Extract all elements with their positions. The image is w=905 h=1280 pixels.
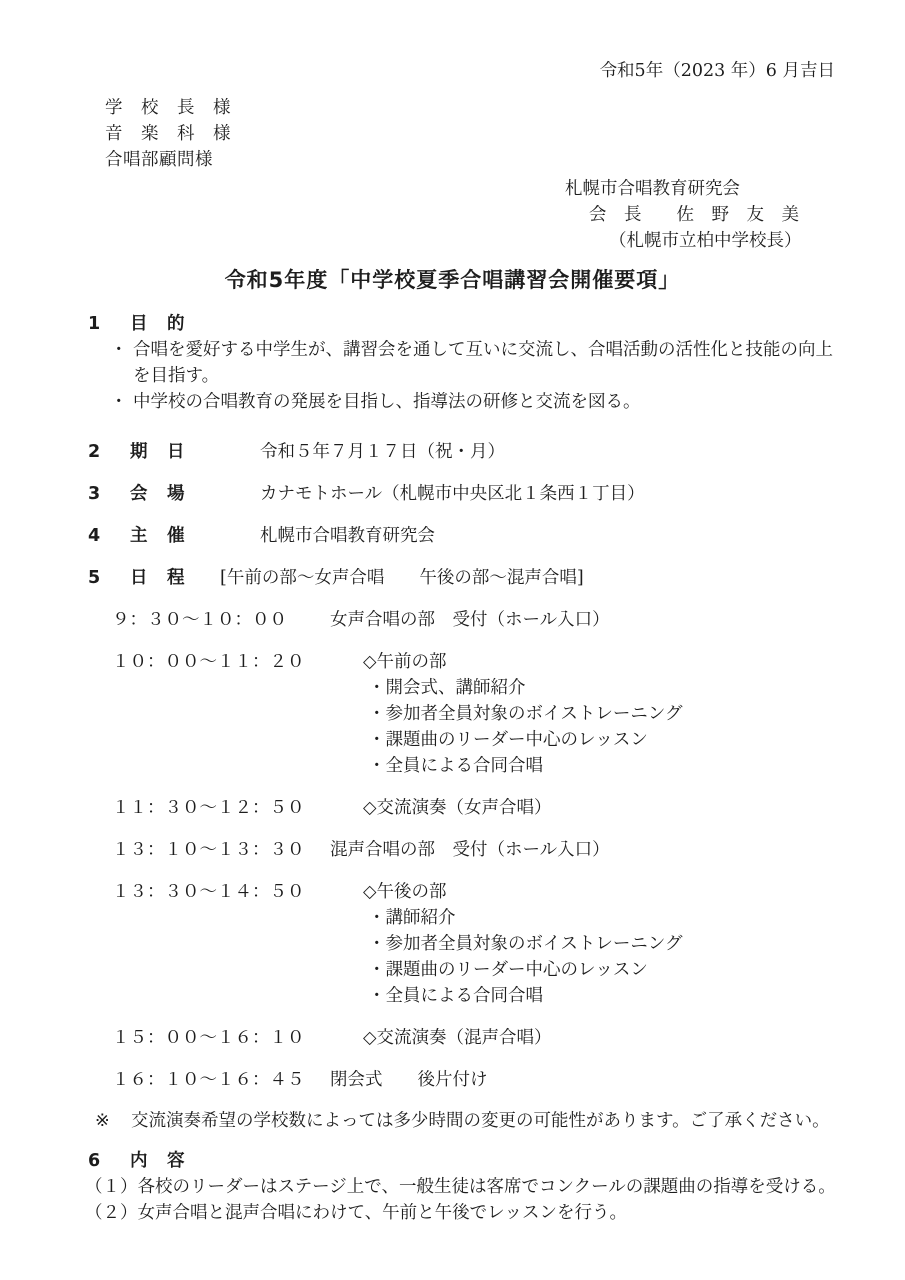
schedule-desc: 閉会式 後片付け	[330, 1067, 905, 1093]
section-contents: 6 内 容	[88, 1148, 905, 1174]
date-line: 令和5年（2023 年）6 月吉日	[0, 58, 905, 84]
schedule-detail: ・全員による合同合唱	[368, 983, 905, 1009]
schedule-desc: ◇午前の部	[363, 649, 905, 675]
section-heading: 期 日	[130, 439, 260, 465]
schedule-row: １１：３０～１２：５０ ◇交流演奏（女声合唱）	[112, 795, 905, 821]
list-item: ・ 中学校の合唱教育の発展を目指し、指導法の研修と交流を図る。	[110, 389, 833, 415]
section-venue: 3 会 場 カナモトホール（札幌市中央区北１条西１丁目）	[88, 481, 905, 507]
section-number: 1	[88, 311, 130, 337]
section-heading: 内 容	[130, 1148, 260, 1174]
section-number: 4	[88, 523, 130, 549]
schedule-time: ９：３０～１０：００	[112, 607, 330, 633]
sender-role-note: （札幌市立柏中学校長）	[609, 228, 905, 254]
addressee-block: 学 校 長 様 音 楽 科 様 合唱部顧問様	[105, 95, 905, 173]
bullet-icon: ・	[110, 389, 133, 415]
section-heading: 主 催	[130, 523, 260, 549]
section-value: [午前の部～女声合唱 午後の部～混声合唱]	[220, 565, 905, 591]
document-page: 令和5年（2023 年）6 月吉日 学 校 長 様 音 楽 科 様 合唱部顧問様…	[0, 0, 905, 1280]
section-number: 2	[88, 439, 130, 465]
reference-mark-icon: ※	[95, 1108, 131, 1134]
schedule-time: １５：００～１６：１０	[112, 1025, 363, 1051]
schedule-desc: 混声合唱の部 受付（ホール入口）	[330, 837, 905, 863]
contents-item-list: （１）各校のリーダーはステージ上で、一般生徒は客席でコンクールの課題曲の指導を受…	[85, 1174, 905, 1226]
purpose-bullet-list: ・ 合唱を愛好する中学生が、講習会を通して互いに交流し、合唱活動の活性化と技能の…	[110, 337, 833, 415]
list-item: ・ 合唱を愛好する中学生が、講習会を通して互いに交流し、合唱活動の活性化と技能の…	[110, 337, 833, 389]
schedule-row: ９：３０～１０：００ 女声合唱の部 受付（ホール入口）	[112, 607, 905, 633]
schedule-detail-list: ・講師紹介 ・参加者全員対象のボイストレーニング ・課題曲のリーダー中心のレッス…	[368, 905, 905, 1009]
schedule-detail: ・参加者全員対象のボイストレーニング	[368, 931, 905, 957]
schedule-detail: ・参加者全員対象のボイストレーニング	[368, 701, 905, 727]
section-value: 令和５年７月１７日（祝・月）	[260, 439, 905, 465]
section-value: カナモトホール（札幌市中央区北１条西１丁目）	[260, 481, 905, 507]
section-heading: 日 程	[130, 565, 220, 591]
caution-note: ※ 交流演奏希望の学校数によっては多少時間の変更の可能性があります。ご了承くださ…	[95, 1108, 905, 1134]
bullet-text: 中学校の合唱教育の発展を目指し、指導法の研修と交流を図る。	[133, 389, 833, 415]
schedule-detail: ・課題曲のリーダー中心のレッスン	[368, 727, 905, 753]
schedule-desc: ◇交流演奏（女声合唱）	[363, 795, 905, 821]
schedule-list: ９：３０～１０：００ 女声合唱の部 受付（ホール入口） １０：００～１１：２０ …	[112, 607, 905, 1093]
addressee-line: 学 校 長 様	[105, 95, 905, 121]
sender-block: 札幌市合唱教育研究会 会 長 佐 野 友 美 （札幌市立柏中学校長）	[565, 176, 905, 254]
schedule-desc: ◇交流演奏（混声合唱）	[363, 1025, 905, 1051]
schedule-time: １１：３０～１２：５０	[112, 795, 363, 821]
bullet-text: 合唱を愛好する中学生が、講習会を通して互いに交流し、合唱活動の活性化と技能の向上…	[133, 337, 833, 389]
page-title: 令和5年度「中学校夏季合唱講習会開催要項」	[0, 265, 905, 295]
section-heading: 目 的	[130, 311, 260, 337]
schedule-row: １３：１０～１３：３０ 混声合唱の部 受付（ホール入口）	[112, 837, 905, 863]
section-number: 5	[88, 565, 130, 591]
section-date: 2 期 日 令和５年７月１７日（祝・月）	[88, 439, 905, 465]
section-host: 4 主 催 札幌市合唱教育研究会	[88, 523, 905, 549]
section-number: 6	[88, 1148, 130, 1174]
bullet-icon: ・	[110, 337, 133, 389]
schedule-detail: ・全員による合同合唱	[368, 753, 905, 779]
schedule-row: １６：１０～１６：４５ 閉会式 後片付け	[112, 1067, 905, 1093]
section-number: 3	[88, 481, 130, 507]
contents-item: （２）女声合唱と混声合唱にわけて、午前と午後でレッスンを行う。	[85, 1200, 905, 1226]
schedule-detail-list: ・開会式、講師紹介 ・参加者全員対象のボイストレーニング ・課題曲のリーダー中心…	[368, 675, 905, 779]
schedule-detail: ・開会式、講師紹介	[368, 675, 905, 701]
section-heading: 会 場	[130, 481, 260, 507]
section-purpose: 1 目 的	[88, 311, 905, 337]
schedule-detail: ・講師紹介	[368, 905, 905, 931]
schedule-time: １３：１０～１３：３０	[112, 837, 330, 863]
addressee-line: 音 楽 科 様	[105, 121, 905, 147]
note-text: 交流演奏希望の学校数によっては多少時間の変更の可能性があります。ご了承ください。	[131, 1108, 905, 1134]
schedule-time: １３：３０～１４：５０	[112, 879, 363, 905]
section-schedule: 5 日 程 [午前の部～女声合唱 午後の部～混声合唱]	[88, 565, 905, 591]
schedule-row: １５：００～１６：１０ ◇交流演奏（混声合唱）	[112, 1025, 905, 1051]
schedule-time: １６：１０～１６：４５	[112, 1067, 330, 1093]
contents-item: （１）各校のリーダーはステージ上で、一般生徒は客席でコンクールの課題曲の指導を受…	[85, 1174, 905, 1200]
addressee-line: 合唱部顧問様	[105, 147, 905, 173]
schedule-desc: 女声合唱の部 受付（ホール入口）	[330, 607, 905, 633]
schedule-detail: ・課題曲のリーダー中心のレッスン	[368, 957, 905, 983]
schedule-row: １３：３０～１４：５０ ◇午後の部 ・講師紹介 ・参加者全員対象のボイストレーニ…	[112, 879, 905, 1009]
section-value: 札幌市合唱教育研究会	[260, 523, 905, 549]
sender-chief-name: 会 長 佐 野 友 美	[589, 202, 905, 228]
schedule-desc: ◇午後の部	[363, 879, 905, 905]
schedule-row: １０：００～１１：２０ ◇午前の部 ・開会式、講師紹介 ・参加者全員対象のボイス…	[112, 649, 905, 779]
schedule-time: １０：００～１１：２０	[112, 649, 363, 675]
sender-organization: 札幌市合唱教育研究会	[565, 176, 905, 202]
